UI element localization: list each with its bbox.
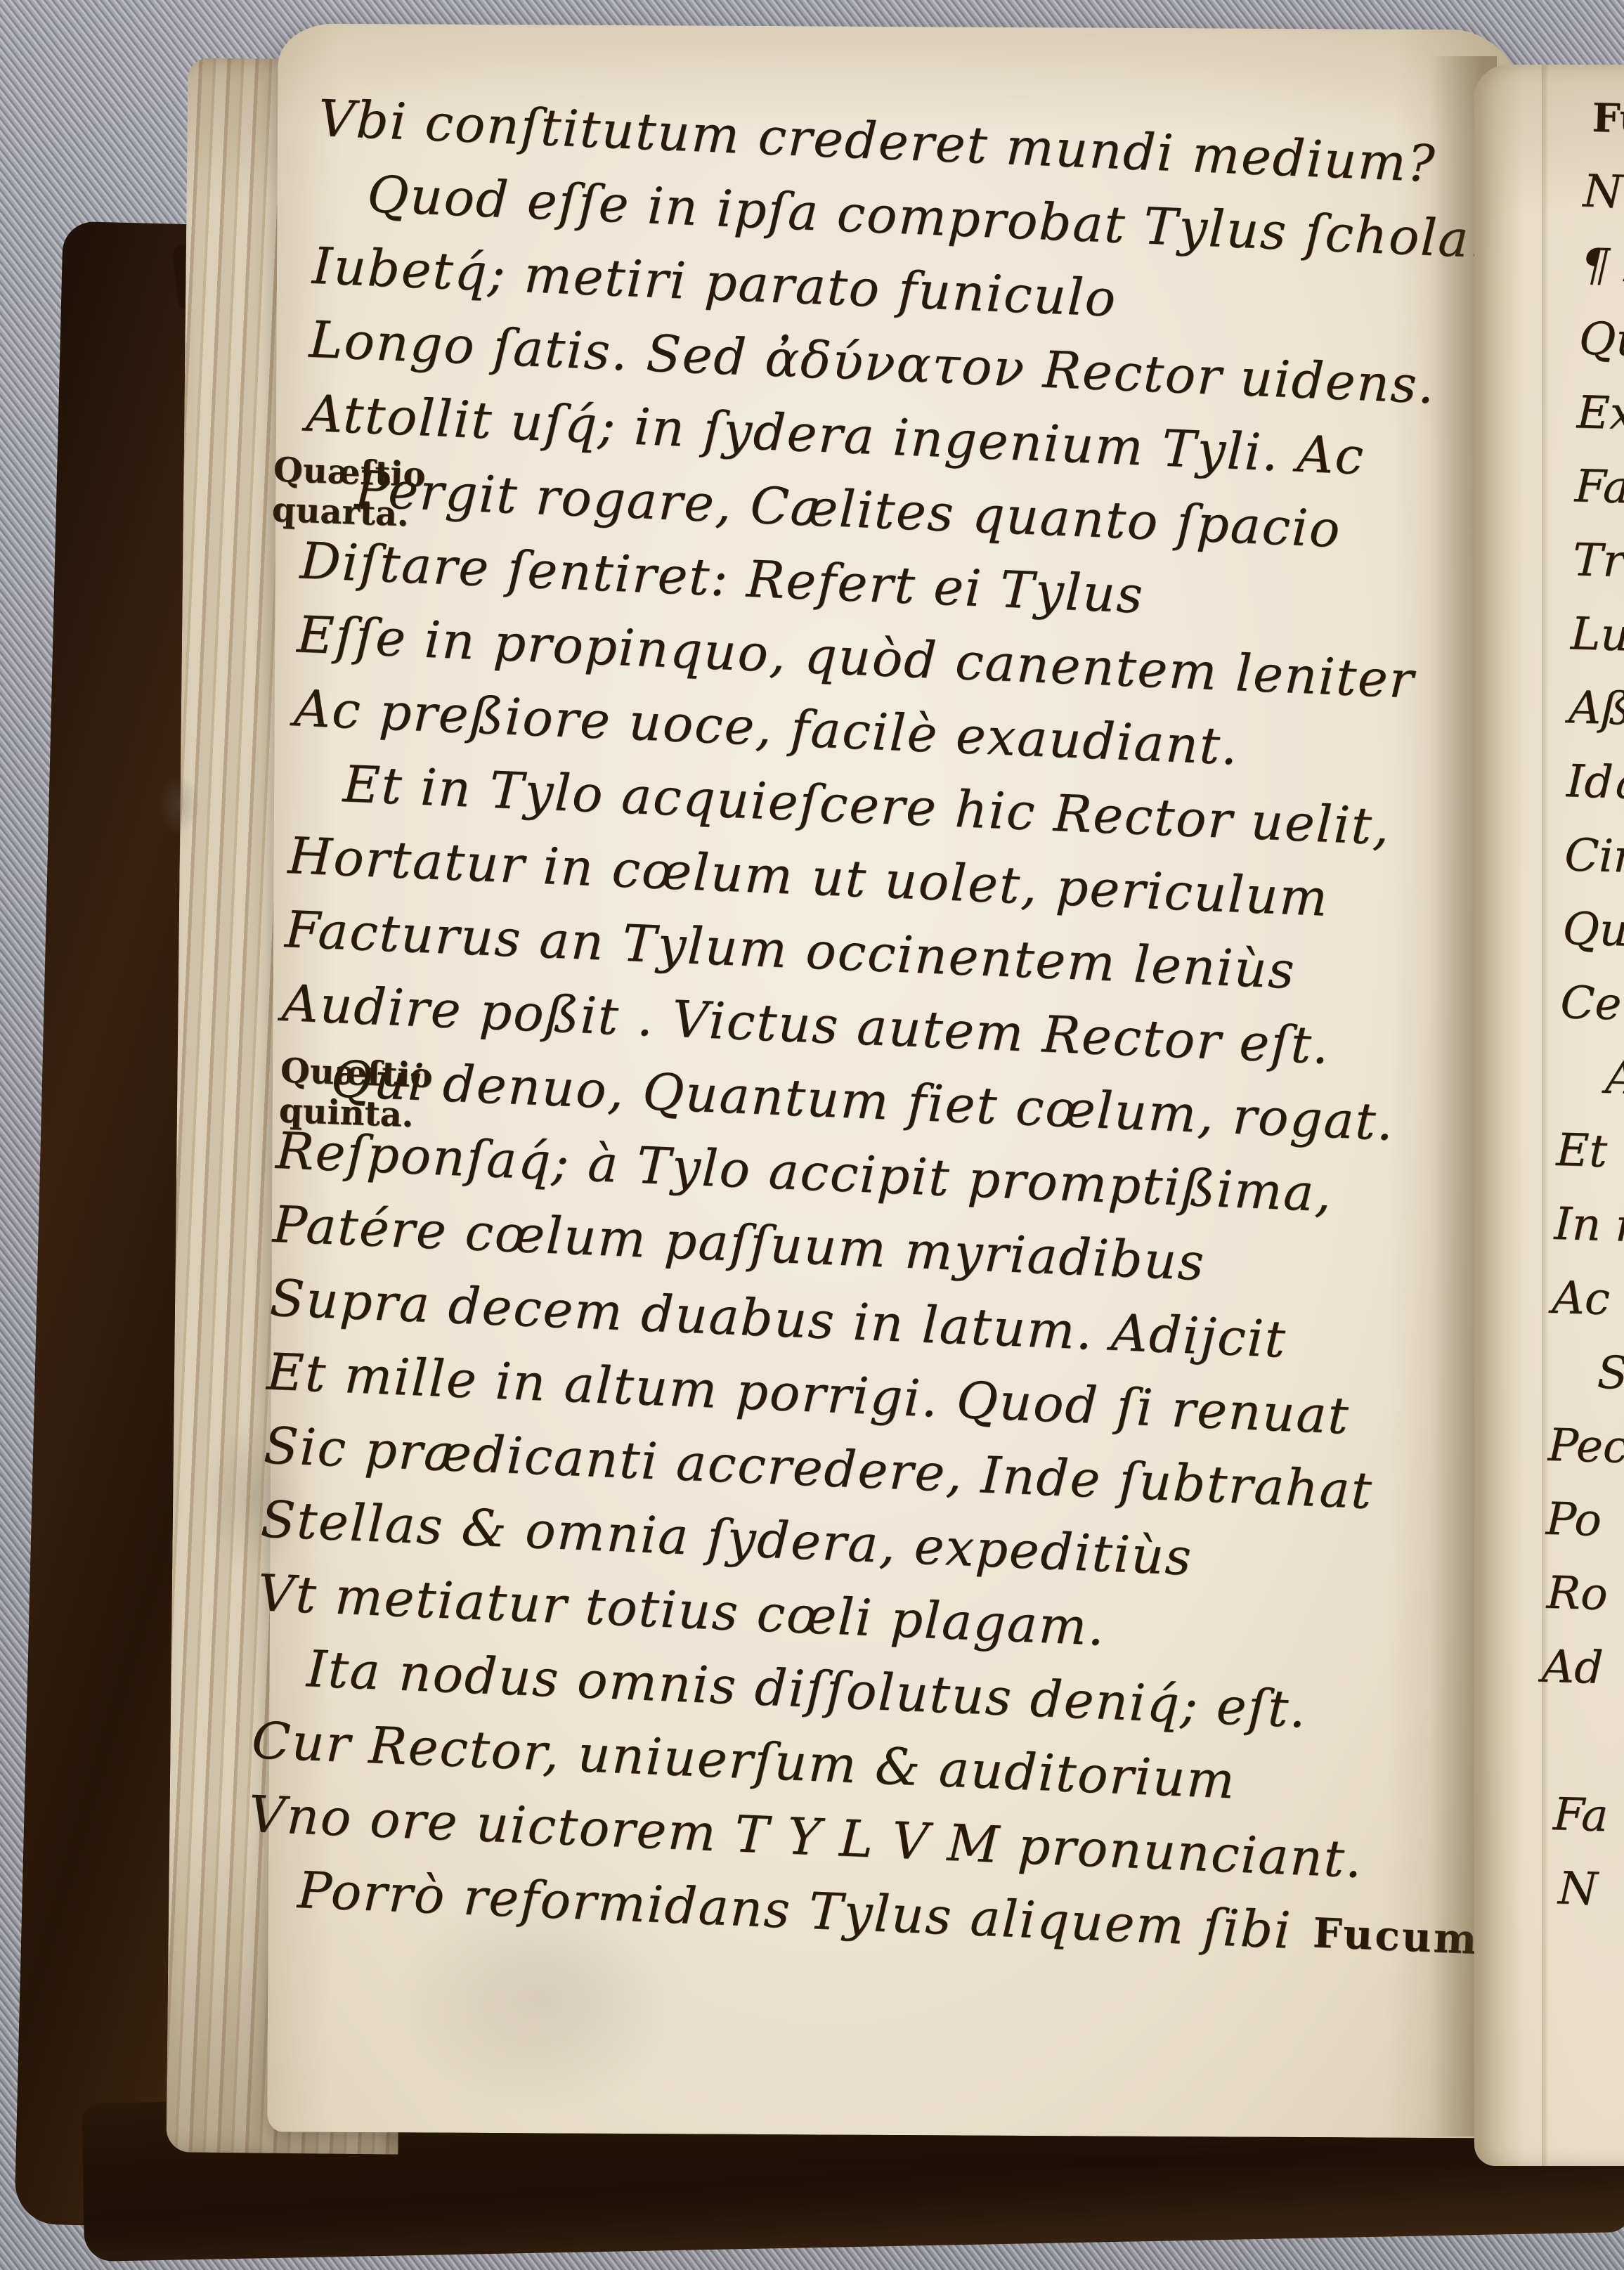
right-page-fragment: Faci: [1574, 462, 1624, 514]
right-page-fragment: Luxa: [1570, 609, 1624, 661]
right-page-fragment: ¶ Ia: [1580, 240, 1624, 292]
photo-background: Vbi conſtitutum crederet mundi medium? Q…: [0, 0, 1624, 2270]
right-page-fragment: Qui: [1561, 904, 1624, 956]
right-page-fragment: Nec t: [1583, 167, 1624, 219]
right-page-fragment: Ad: [1541, 1642, 1604, 1693]
right-page-fragment: N: [1557, 1864, 1598, 1914]
right-page-fragment: Fucu: [1592, 93, 1624, 145]
right-page-fragment: Tran: [1572, 536, 1624, 588]
margin-note-line: Quæſtio: [280, 1051, 464, 1097]
right-page-fragment: Fa: [1552, 1790, 1609, 1841]
right-page-fragment: Cer: [1559, 978, 1624, 1030]
right-page-fragment: Pec: [1547, 1421, 1624, 1472]
right-page-fragment: Ro: [1546, 1569, 1609, 1619]
page-stain: [158, 773, 200, 836]
right-page-fragment: S: [1597, 1349, 1624, 1399]
right-page-fragment: Exer: [1576, 388, 1624, 440]
poem: Vbi conſtitutum crederet mundi medium? Q…: [244, 83, 1450, 1973]
margin-note-line: quinta.: [278, 1091, 462, 1137]
right-page: Fucu Nec t ¶ Ia Quid Exer Faci Tran Luxa…: [1474, 65, 1624, 2166]
right-page-fragment: Ac: [1552, 1273, 1611, 1324]
right-page-fragment: In m: [1554, 1200, 1624, 1252]
margin-note-quaestio-quinta: Quæſtio quinta.: [278, 1051, 464, 1137]
margin-note-line: Quæſtio: [273, 450, 457, 496]
right-page-fragment: Aß: [1568, 683, 1624, 734]
right-page-fragment: Idq́;: [1566, 757, 1624, 809]
right-page-fragment: Et r: [1556, 1126, 1624, 1177]
right-page-fragment: A: [1605, 1053, 1624, 1103]
right-page-fragment: Cire: [1564, 831, 1624, 883]
right-page-fragment: Po: [1545, 1495, 1602, 1545]
margin-note-line: quarta.: [271, 490, 455, 536]
margin-note-quaestio-quarta: Quæſtio quarta.: [271, 450, 457, 536]
right-page-fragment: Quid: [1578, 314, 1624, 366]
